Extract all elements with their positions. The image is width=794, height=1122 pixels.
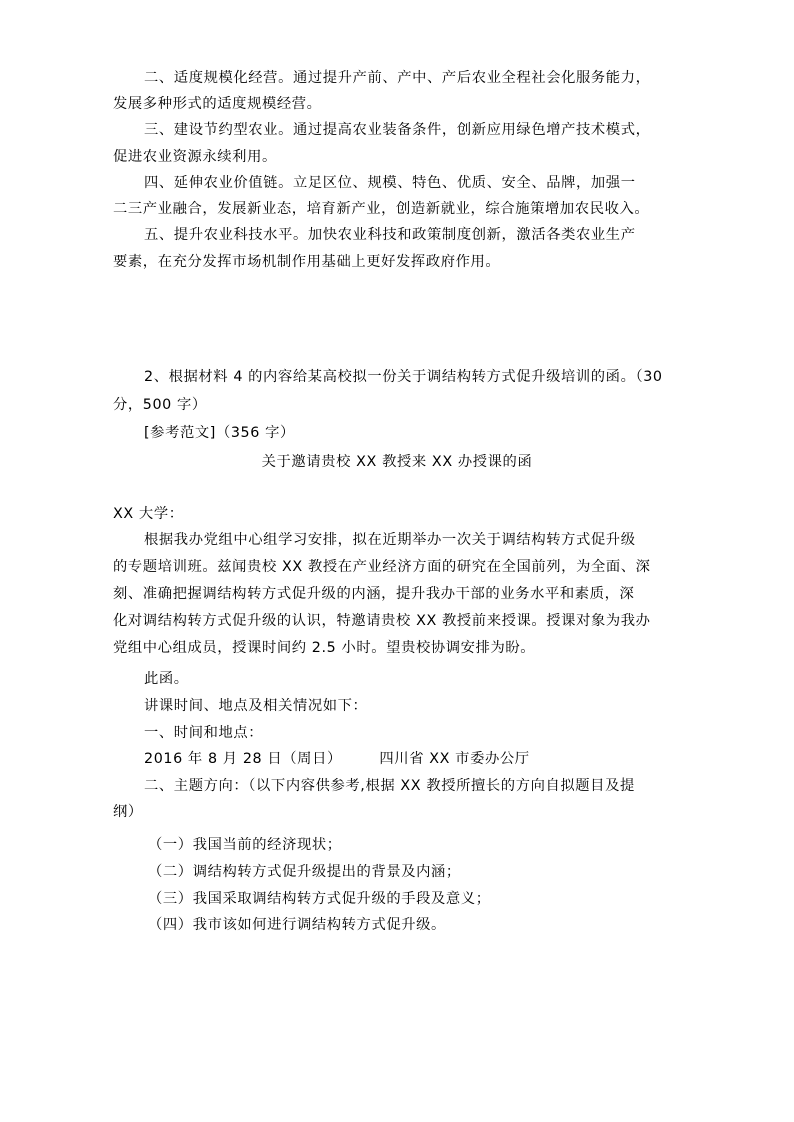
topic-item: （二）调结构转方式促升级提出的背景及内涵； xyxy=(148,863,461,881)
paragraph-line: 发展多种形式的适度规模经营。 xyxy=(113,95,322,113)
topic-heading-line: 纲） xyxy=(113,803,143,821)
reference-label: [参考范文]（356 字） xyxy=(144,424,295,442)
letter-body-line: 的专题培训班。兹闻贵校 XX 教授在产业经济方面的研究在全国前列，为全面、深 xyxy=(113,558,651,576)
question-line: 分，500 字） xyxy=(113,396,207,414)
paragraph-line: 二、适度规模化经营。通过提升产前、产中、产后农业全程社会化服务能力， xyxy=(144,69,651,87)
letter-body-line: 化对调结构转方式促升级的认识，特邀请贵校 XX 教授前来授课。授课对象为我办 xyxy=(113,612,651,630)
time-place-heading: 一、时间和地点： xyxy=(144,724,263,742)
paragraph-line: 五、提升农业科技水平。加快农业科技和政策制度创新，激活各类农业生产 xyxy=(144,226,636,244)
letter-title: 关于邀请贵校 XX 教授来 XX 办授课的函 xyxy=(0,453,794,471)
letter-salutation: XX 大学： xyxy=(113,505,184,523)
paragraph-line: 三、建设节约型农业。通过提高农业装备条件，创新应用绿色增产技术模式， xyxy=(144,121,651,139)
paragraph-line: 四、延伸农业价值链。立足区位、规模、特色、优质、安全、品牌，加强一 xyxy=(144,174,636,192)
paragraph-line: 二三产业融合，发展新业态，培育新产业，创造新就业，综合施策增加农民收入。 xyxy=(113,200,649,218)
question-line: 2、根据材料 4 的内容给某高校拟一份关于调结构转方式促升级培训的函。（30 xyxy=(144,368,663,386)
time-place-value: 2016 年 8 月 28 日（周日） 四川省 XX 市委办公厅 xyxy=(144,750,530,768)
details-intro: 讲课时间、地点及相关情况如下： xyxy=(144,697,367,715)
paragraph-line: 促进农业资源永续利用。 xyxy=(113,148,277,166)
letter-body-line: 根据我办党组中心组学习安排，拟在近期举办一次关于调结构转方式促升级 xyxy=(144,531,636,549)
topic-item: （一）我国当前的经济现状； xyxy=(148,836,342,854)
topic-heading-line: 二、主题方向：（以下内容供参考,根据 XX 教授所擅长的方向自拟题目及提 xyxy=(144,777,635,795)
topic-item: （四）我市该如何进行调结构转方式促升级。 xyxy=(148,916,446,934)
letter-body-line: 刻、准确把握调结构转方式促升级的内涵，提升我办干部的业务水平和素质，深 xyxy=(113,585,634,603)
letter-closing: 此函。 xyxy=(144,670,189,688)
letter-body-line: 党组中心组成员，授课时间约 2.5 小时。望贵校协调安排为盼。 xyxy=(113,639,535,657)
document-page: 二、适度规模化经营。通过提升产前、产中、产后农业全程社会化服务能力， 发展多种形… xyxy=(0,0,794,1122)
topic-item: （三）我国采取调结构转方式促升级的手段及意义； xyxy=(148,890,491,908)
paragraph-line: 要素，在充分发挥市场机制作用基础上更好发挥政府作用。 xyxy=(113,253,500,271)
